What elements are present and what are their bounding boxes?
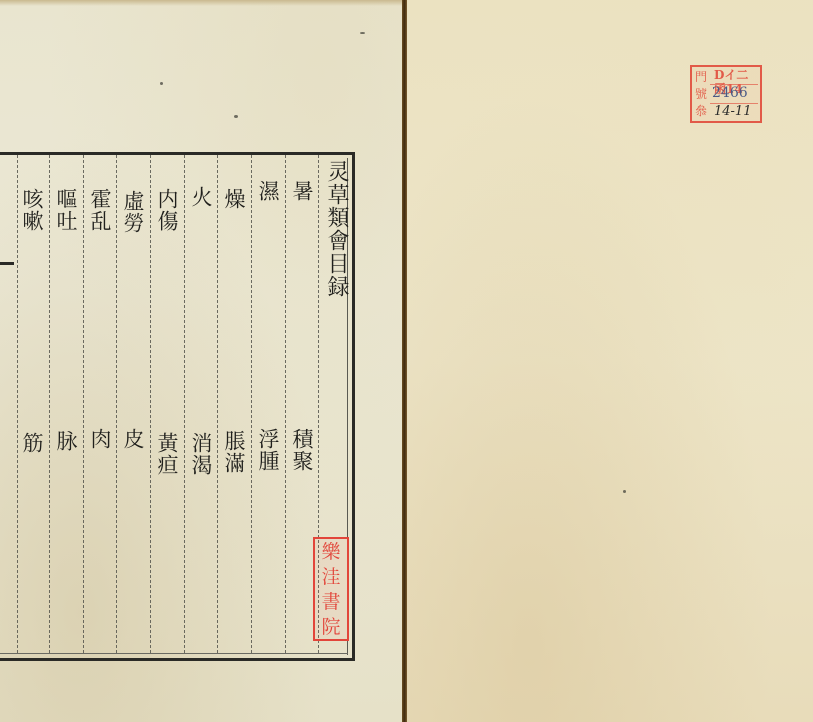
toc-entry: 嘔吐 xyxy=(54,188,78,232)
fishtail-mark xyxy=(0,262,14,265)
stamp-handwritten-number: 14-11 xyxy=(714,104,751,120)
toc-entry: 浮腫 xyxy=(256,428,280,472)
left-page: 灵草類會目録 暑 濕 燥 火 内傷 虛勞 霍乱 嘔吐 咳嗽 積聚 浮腫 脹滿 消… xyxy=(0,0,402,722)
column-rule xyxy=(217,155,218,653)
paper-speck xyxy=(234,115,238,118)
toc-entry: 脹滿 xyxy=(222,430,246,474)
toc-entry: 筋 xyxy=(20,432,44,454)
toc-entry: 暑 xyxy=(290,180,314,202)
seal-char: 洼 xyxy=(321,567,340,587)
stamp-label: 門 xyxy=(695,69,709,86)
toc-entry: 積聚 xyxy=(290,428,314,472)
column-rule xyxy=(49,155,50,653)
stamp-label: 叅 xyxy=(695,103,709,120)
column-rule xyxy=(150,155,151,653)
toc-title: 灵草類會目録 xyxy=(324,160,348,298)
stamp-label: 號 xyxy=(695,86,709,103)
paper-speck xyxy=(623,490,626,493)
stamp-side-labels: 門 號 叅 xyxy=(695,69,709,120)
frame-inner-bottom-line xyxy=(0,653,348,654)
paper-speck xyxy=(160,82,163,85)
toc-entry: 黃疸 xyxy=(155,432,179,476)
column-rule xyxy=(285,155,286,653)
column-rule xyxy=(251,155,252,653)
seal-char: 樂 xyxy=(321,542,340,562)
column-rule xyxy=(17,155,18,653)
column-rule xyxy=(116,155,117,653)
toc-entry: 消渴 xyxy=(189,432,213,476)
toc-entry: 肉 xyxy=(88,428,112,450)
toc-entry: 燥 xyxy=(222,188,246,210)
toc-entry: 火 xyxy=(189,186,213,208)
toc-entry: 虛勞 xyxy=(121,190,145,234)
paper-speck xyxy=(360,32,365,34)
toc-entry: 脉 xyxy=(54,430,78,452)
toc-entry: 咳嗽 xyxy=(20,188,44,232)
seal-char: 書 xyxy=(321,592,340,612)
seal-char: 院 xyxy=(321,617,340,637)
toc-entry: 霍乱 xyxy=(88,188,112,232)
toc-entry: 濕 xyxy=(256,180,280,202)
stamp-number: 2466 xyxy=(712,85,748,101)
column-rule xyxy=(83,155,84,653)
toc-entry: 皮 xyxy=(121,428,145,450)
library-stamp: 門 號 叅 Dイ二 函14 2466 14-11 xyxy=(690,65,762,123)
column-rule xyxy=(184,155,185,653)
toc-entry: 内傷 xyxy=(155,188,179,232)
collector-seal: 樂 洼 書 院 xyxy=(313,537,349,641)
